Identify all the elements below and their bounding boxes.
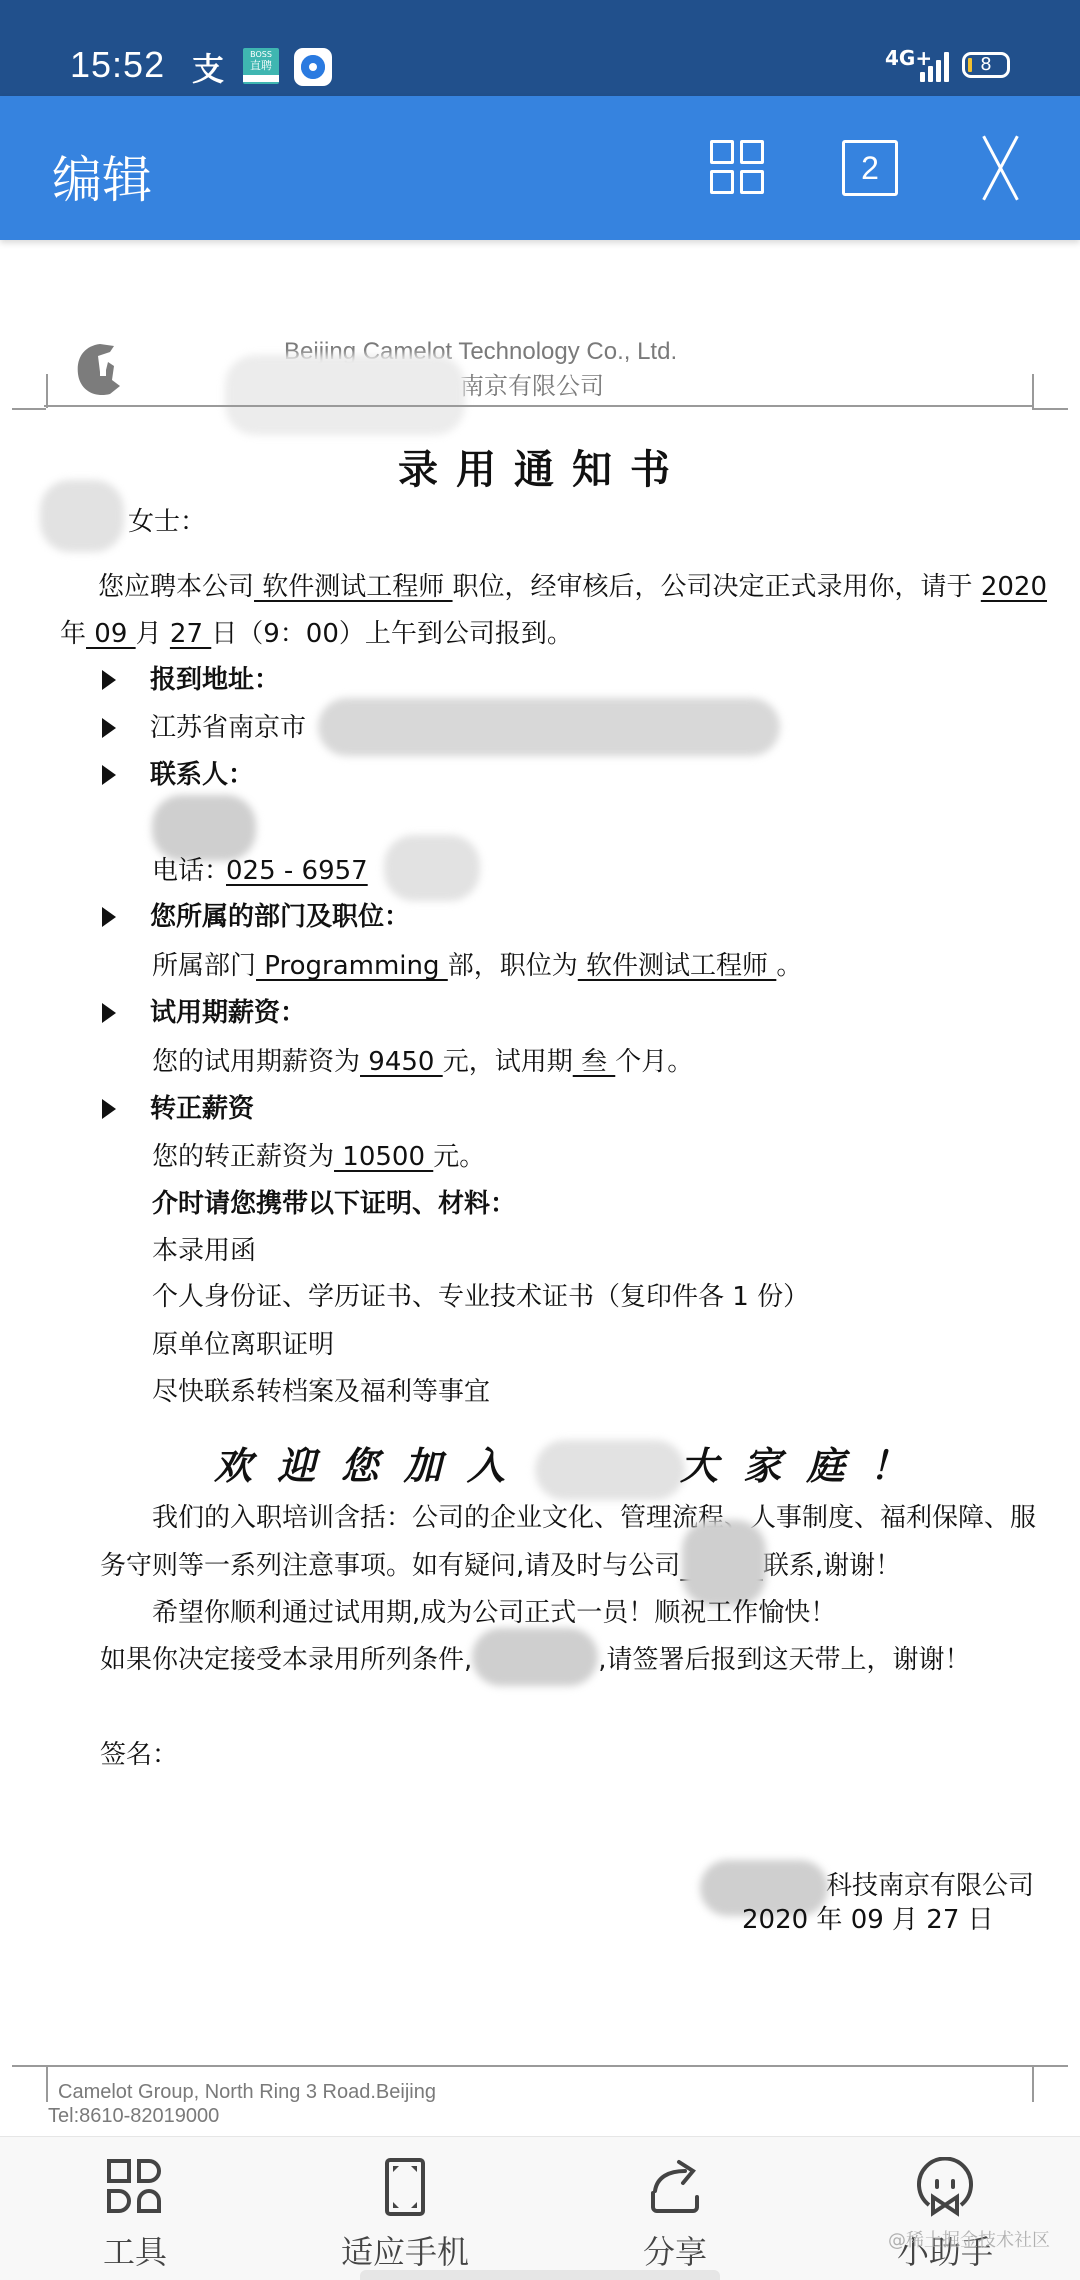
materials-label: 介时请您携带以下证明、材料： [152,1188,516,1220]
footer-rule [12,2065,1068,2067]
camelot-logo-icon [70,340,126,400]
probation-text: 元，试用期 [443,1047,573,1077]
battery-level: 8 [980,54,991,75]
nav-share[interactable]: 分享 [540,2137,810,2280]
accept-text: 如果你决定接受本录用所列条件, [100,1645,472,1675]
probation-label: 试用期薪资： [150,997,306,1029]
assistant-icon [915,2157,975,2217]
regular-salary-value: 10500 [334,1142,433,1172]
probation-salary-value: 9450 [360,1047,443,1077]
intro-text: 职位，经审核后，公司决定正式录用你，请于 [453,572,981,602]
letterhead-rule-right [1032,408,1068,410]
home-indicator[interactable] [360,2270,720,2280]
intro-text: 月 [136,619,170,649]
redacted-address [318,698,780,756]
alipay-icon: 支 [192,44,224,90]
material-item: 本录用函 [152,1235,256,1267]
fit-screen-icon [375,2157,435,2217]
dept-text: 所属部门 [152,951,256,981]
training-text: 务守则等一系列注意事项。如有疑问,请及时与公司 [100,1551,680,1581]
address-label: 报到地址： [150,664,280,696]
footer-mark-left [46,2066,48,2102]
bullet-icon [102,765,116,785]
intro-text: 日（9：00）上午到公司报到。 [211,619,573,649]
training-text: 联系,谢谢！ [763,1551,901,1581]
redacted-region [472,1628,598,1686]
app-bar: 编辑 2 [0,96,1080,240]
share-icon [645,2157,705,2217]
probation-text: 您的试用期薪资为 [152,1047,360,1077]
bullet-icon [102,670,116,690]
contact-label: 联系人： [150,759,254,791]
phone-label: 电话： [152,855,230,887]
grid-view-icon[interactable] [710,140,766,196]
status-time: 15:52 [70,44,165,86]
salutation: 女士： [128,506,206,538]
regular-text: 元。 [433,1142,485,1172]
nav-assistant[interactable]: 小助手 [810,2137,1080,2280]
footer-address: Camelot Group, North Ring 3 Road.Beijing [58,2080,436,2104]
probation-text: 个月。 [615,1047,693,1077]
redacted-name [40,480,124,552]
page-count-button[interactable]: 2 [842,140,898,196]
bullet-icon [102,1003,116,1023]
phone-value: 025 - 6957 [226,855,368,887]
margin-mark-right [1032,374,1034,408]
nav-fit-phone-label: 适应手机 [270,2227,540,2273]
material-item: 原单位离职证明 [152,1329,334,1361]
document-view[interactable]: Beijing Camelot Technology Co., Ltd. 南京有… [0,240,1080,2136]
document-title: 录用通知书 [398,446,688,494]
year-value: 2020 [981,572,1047,602]
bullet-icon [102,907,116,927]
intro-line-2: 年 09 月 27 日（9：00）上午到公司报到。 [60,618,573,650]
edit-title[interactable]: 编辑 [52,140,152,212]
intro-line-1: 您应聘本公司 软件测试工程师 职位，经审核后，公司决定正式录用你，请于 2020 [98,571,1047,603]
boss-strip [243,75,279,82]
watermark: @稀土掘金技术社区 [888,2226,1050,2252]
footer-tel: Tel:8610-82019000 [48,2104,219,2128]
letterhead-rule [44,405,1034,407]
month-value: 09 [86,619,136,649]
signal-icon [902,52,942,82]
boss-label-main: 直聘 [243,60,279,72]
sign-date: 2020 年 09 月 27 日 [742,1904,994,1936]
bullet-icon [102,1099,116,1119]
tools-icon [105,2157,165,2217]
accept-text: ,请签署后报到这天带上，谢谢！ [598,1645,970,1675]
probation-months-value: 叁 [573,1047,616,1077]
position-value: 软件测试工程师 [578,951,777,981]
probation-line: 您的试用期薪资为 9450 元，试用期 叁 个月。 [152,1046,693,1078]
close-icon[interactable] [970,136,1030,200]
dept-text: 。 [776,951,802,981]
letterhead-company-cn: 南京有限公司 [460,370,604,402]
material-item: 个人身份证、学历证书、专业技术证书（复印件各 1 份） [152,1281,809,1313]
status-bar: 15:52 支 BOSS 直聘 4G+ 8 [0,0,1080,96]
redacted-phone [384,835,480,901]
intro-text: 年 [60,619,86,649]
app-notification-icon [294,48,332,86]
position-value: 软件测试工程师 [254,572,453,602]
boss-zhipin-icon: BOSS 直聘 [243,48,279,84]
regular-salary-label: 转正薪资 [150,1093,254,1125]
letterhead-rule-left [12,408,46,410]
address-value: 江苏省南京市 [150,712,306,744]
department-line: 所属部门 Programming 部，职位为 软件测试工程师 。 [152,950,802,982]
bottom-toolbar: 工具 适应手机 分享 小助手 [0,2136,1080,2280]
redacted-region [225,355,465,435]
department-label: 您所属的部门及职位： [150,901,410,933]
nav-tools-label: 工具 [0,2227,270,2273]
training-paragraph-line-1: 我们的入职培训含括：公司的企业文化、管理流程、人事制度、福利保障、服 [152,1502,1036,1534]
bullet-icon [102,718,116,738]
signature-label: 签名： [100,1739,178,1771]
training-paragraph-line-2: 务守则等一系列注意事项。如有疑问,请及时与公司 联系,谢谢！ [100,1550,901,1582]
redacted-region [682,1520,766,1606]
intro-text: 您应聘本公司 [98,572,254,602]
day-value: 27 [170,619,211,649]
nav-share-label: 分享 [540,2227,810,2273]
nav-fit-phone[interactable]: 适应手机 [270,2137,540,2280]
redacted-contact-name [152,795,256,861]
wish-line: 希望你顺利通过试用期,成为公司正式一员！顺祝工作愉快！ [152,1597,836,1629]
battery-icon: 8 [962,52,1010,78]
welcome-text-right: 大 家 庭 ！ [680,1443,914,1489]
regular-text: 您的转正薪资为 [152,1142,334,1172]
material-item: 尽快联系转档案及福利等事宜 [152,1376,490,1408]
department-value: Programming [256,951,448,981]
nav-tools[interactable]: 工具 [0,2137,270,2280]
welcome-text-left: 欢 迎 您 加 入 [214,1443,511,1489]
regular-salary-line: 您的转正薪资为 10500 元。 [152,1141,485,1173]
company-signature: 科技南京有限公司 [826,1870,1034,1902]
dept-text: 部，职位为 [448,951,578,981]
margin-mark-left [46,374,48,408]
redacted-company-name [535,1440,685,1500]
footer-mark-right [1032,2066,1034,2102]
